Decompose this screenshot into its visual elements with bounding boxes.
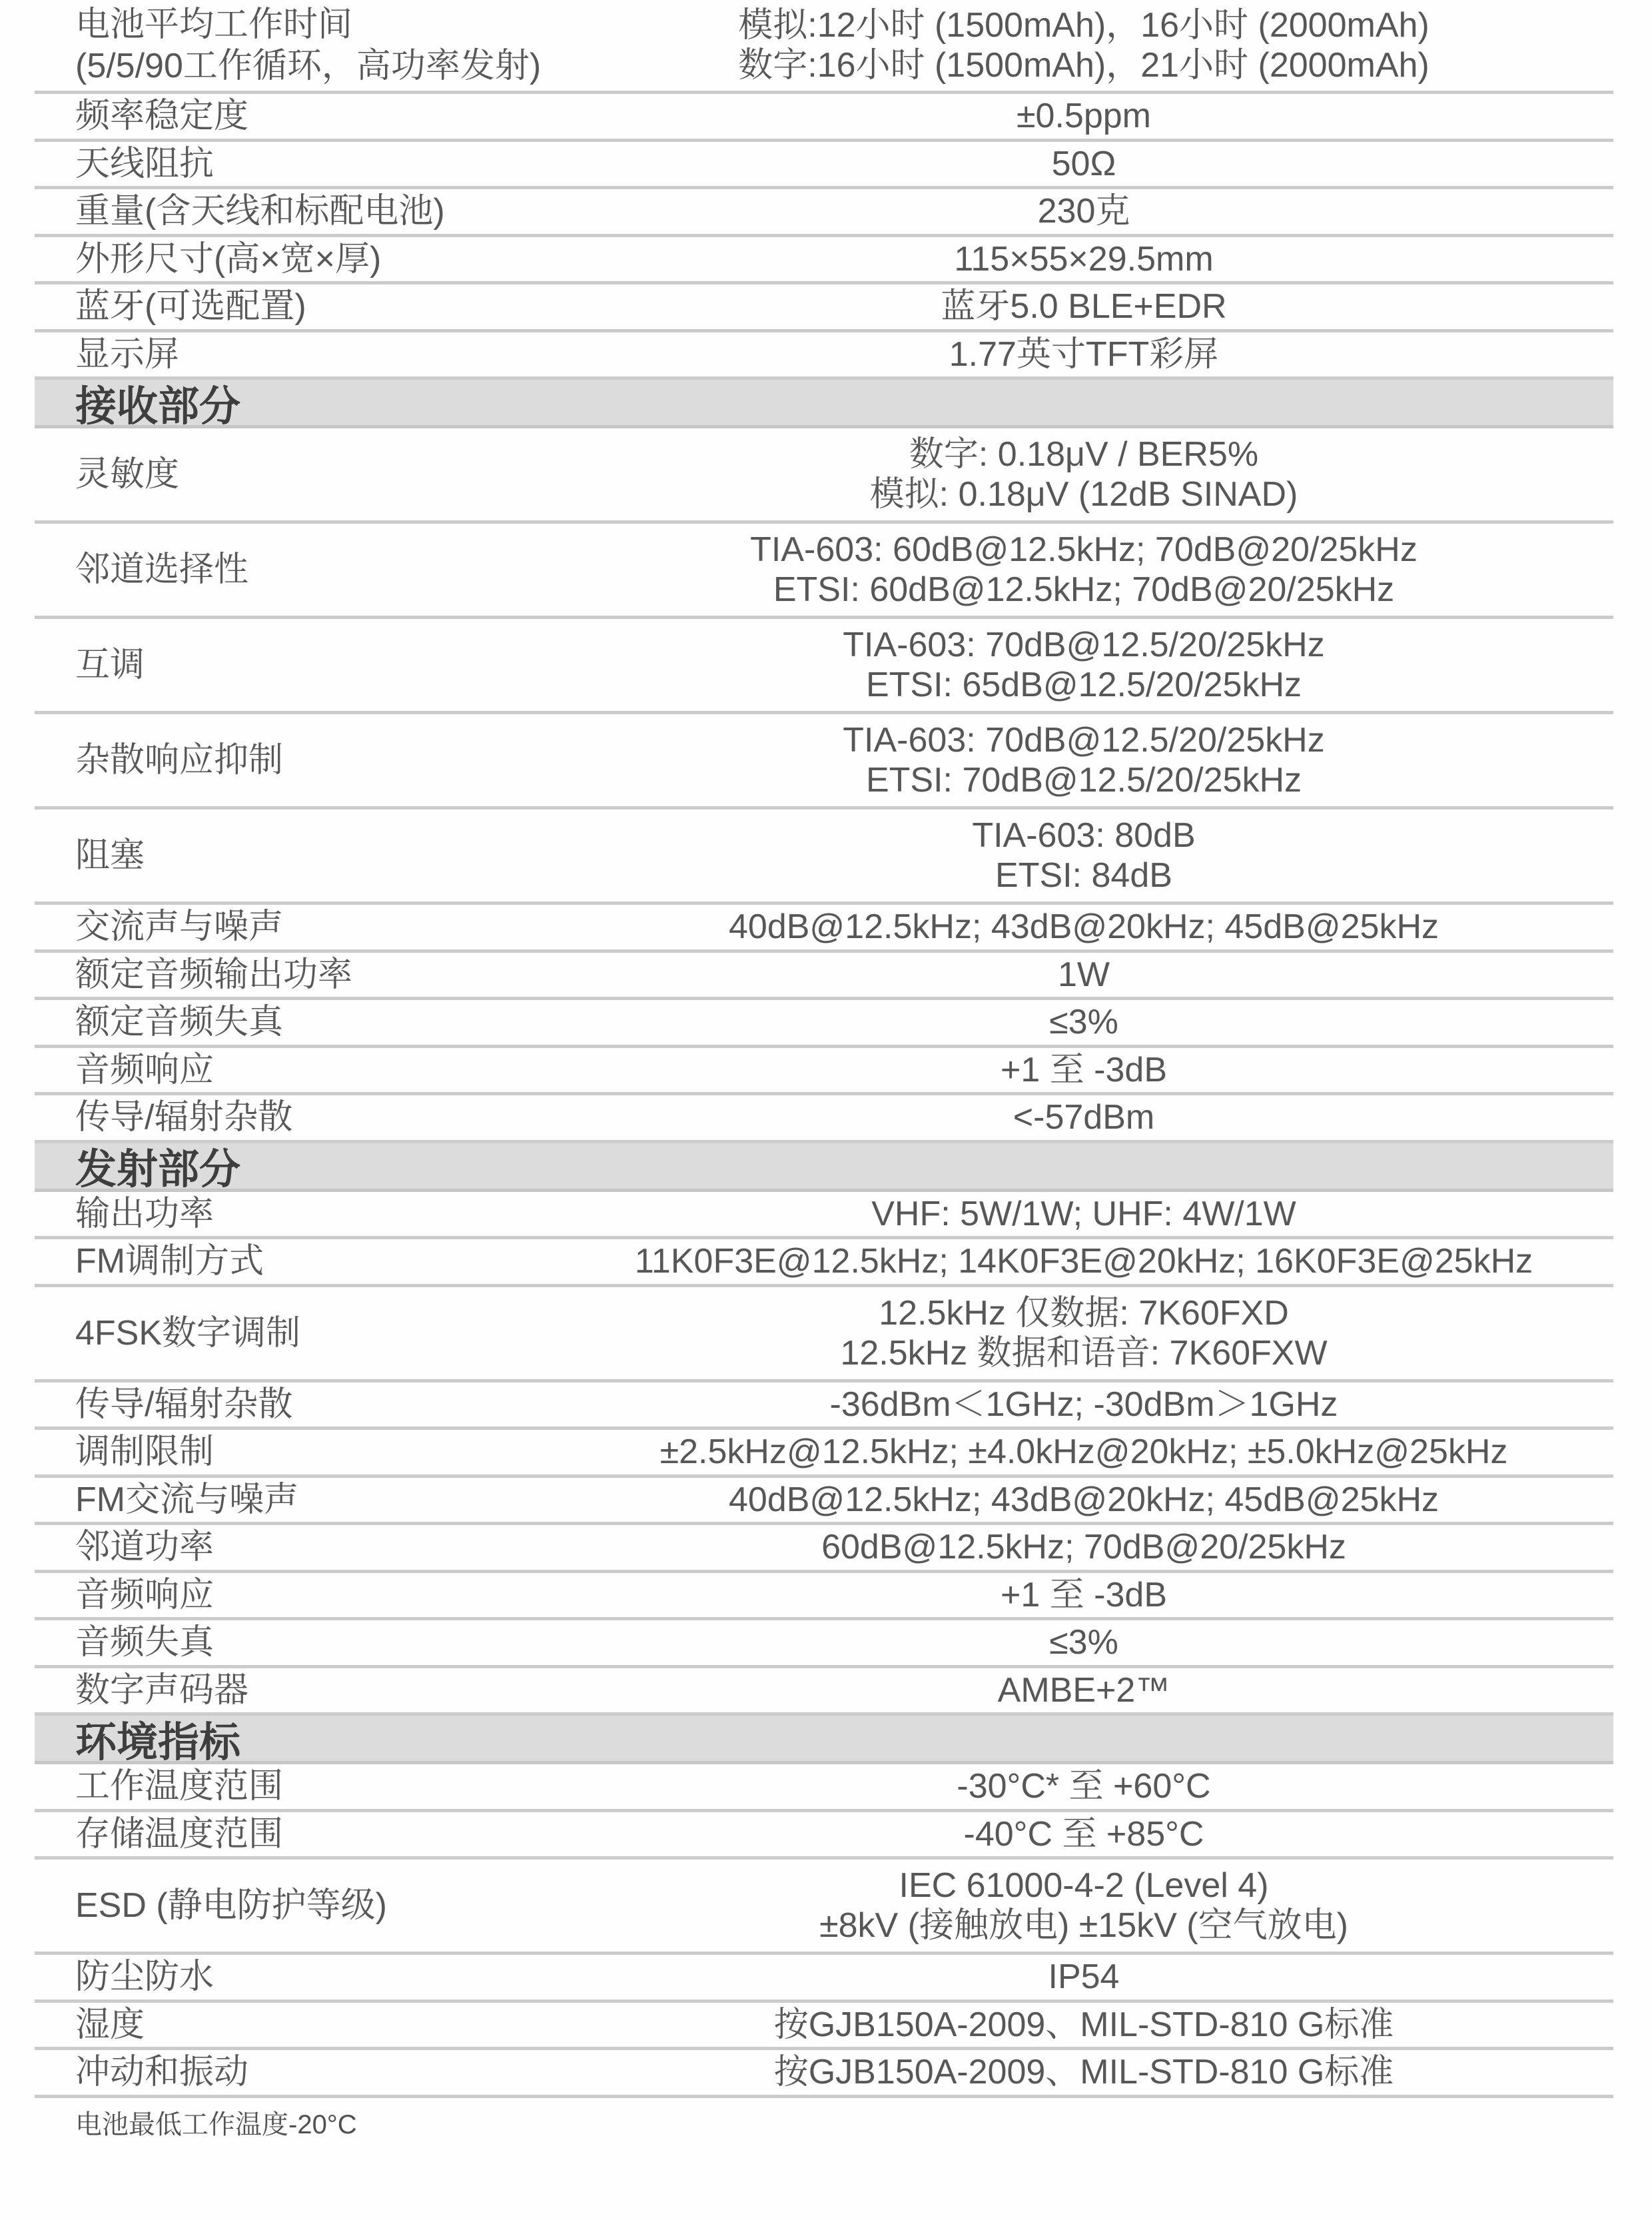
spec-value: IEC 61000-4-2 (Level 4) ±8kV (接触放电) ±15k… [554, 1860, 1613, 1951]
row-frequency-stability: 频率稳定度 ±0.5ppm [35, 94, 1613, 142]
spec-label: 调制限制 [35, 1430, 554, 1474]
spec-value: 数字: 0.18μV / BER5% 模拟: 0.18μV (12dB SINA… [554, 428, 1613, 520]
spec-value-text: 50Ω [1052, 144, 1116, 184]
spec-label-text: 传导/辐射杂散 [75, 1097, 554, 1138]
spec-label: 湿度 [35, 2003, 554, 2047]
spec-value: 蓝牙5.0 BLE+EDR [554, 284, 1613, 329]
row-digital-vocoder: 数字声码器 AMBE+2™ [35, 1668, 1613, 1716]
spec-value-text: 40dB@12.5kHz; 43dB@20kHz; 45dB@25kHz [729, 1480, 1439, 1520]
spec-label: 显示屏 [35, 332, 554, 377]
row-battery-life: 电池平均工作时间 (5/5/90工作循环，高功率发射) 模拟:12小时 (150… [35, 0, 1613, 94]
spec-value: <-57dBm [554, 1095, 1613, 1140]
spec-value: IP54 [554, 1955, 1613, 1999]
spec-label: ESD (静电防护等级) [35, 1860, 554, 1951]
spec-value-line: ETSI: 65dB@12.5/20/25kHz [866, 665, 1302, 705]
row-intermodulation: 互调 TIA-603: 70dB@12.5/20/25kHz ETSI: 65d… [35, 619, 1613, 714]
section-header-environment: 环境指标 [35, 1716, 1613, 1764]
spec-label: 工作温度范围 [35, 1764, 554, 1809]
spec-label: 额定音频输出功率 [35, 953, 554, 997]
spec-label-text: 杂散响应抑制 [75, 740, 554, 781]
spec-value-line: TIA-603: 70dB@12.5/20/25kHz [843, 625, 1324, 665]
spec-value-analog: 模拟:12小时 (1500mAh)，16小时 (2000mAh) [738, 5, 1430, 45]
spec-label: 阻塞 [35, 810, 554, 901]
spec-value-text: VHF: 5W/1W; UHF: 4W/1W [871, 1194, 1296, 1234]
spec-label: 防尘防水 [35, 1955, 554, 1999]
spec-label-text: FM调制方式 [75, 1241, 554, 1282]
spec-value: 按GJB150A-2009、MIL-STD-810 G标准 [554, 2050, 1613, 2095]
row-fm-hum-and-noise: FM交流与噪声 40dB@12.5kHz; 43dB@20kHz; 45dB@2… [35, 1478, 1613, 1526]
spec-label-text: 频率稳定度 [75, 95, 554, 137]
row-output-power: 输出功率 VHF: 5W/1W; UHF: 4W/1W [35, 1192, 1613, 1240]
row-dimensions: 外形尺寸(高×宽×厚) 115×55×29.5mm [35, 237, 1613, 285]
spec-value: 按GJB150A-2009、MIL-STD-810 G标准 [554, 2003, 1613, 2047]
spec-value-text: 115×55×29.5mm [954, 239, 1213, 279]
spec-value-text: <-57dBm [1013, 1097, 1154, 1137]
spec-label-text: 蓝牙(可选配置) [75, 286, 554, 327]
spec-value: ±2.5kHz@12.5kHz; ±4.0kHz@20kHz; ±5.0kHz@… [554, 1430, 1613, 1474]
spec-value: 230克 [554, 189, 1613, 234]
row-storage-temperature: 存储温度范围 -40°C 至 +85°C [35, 1812, 1613, 1860]
spec-label: 冲动和振动 [35, 2050, 554, 2095]
row-audio-response-tx: 音频响应 +1 至 -3dB [35, 1573, 1613, 1621]
row-sensitivity: 灵敏度 数字: 0.18μV / BER5% 模拟: 0.18μV (12dB … [35, 428, 1613, 524]
spec-value: ±0.5ppm [554, 94, 1613, 139]
spec-value: -30°C* 至 +60°C [554, 1764, 1613, 1809]
spec-label: 杂散响应抑制 [35, 714, 554, 806]
spec-label: 天线阻抗 [35, 142, 554, 187]
spec-value: ≤3% [554, 1000, 1613, 1045]
spec-value-text: +1 至 -3dB [1001, 1575, 1167, 1615]
spec-value: +1 至 -3dB [554, 1573, 1613, 1618]
spec-value: 1W [554, 953, 1613, 997]
spec-label-text: 音频响应 [75, 1049, 554, 1091]
spec-label: 频率稳定度 [35, 94, 554, 139]
row-conducted-radiated-spurious-tx: 传导/辐射杂散 -36dBm＜1GHz; -30dBm＞1GHz [35, 1383, 1613, 1430]
spec-label-text: FM交流与噪声 [75, 1479, 554, 1520]
spec-label-text: ESD (静电防护等级) [75, 1885, 554, 1926]
spec-label-text: 交流声与噪声 [75, 906, 554, 947]
spec-label: 额定音频失真 [35, 1000, 554, 1045]
spec-label: 灵敏度 [35, 428, 554, 520]
row-humidity: 湿度 按GJB150A-2009、MIL-STD-810 G标准 [35, 2003, 1613, 2051]
spec-value-text: +1 至 -3dB [1001, 1050, 1167, 1090]
spec-value: 12.5kHz 仅数据: 7K60FXD 12.5kHz 数据和语音: 7K60… [554, 1287, 1613, 1379]
spec-value: 60dB@12.5kHz; 70dB@20/25kHz [554, 1525, 1613, 1570]
spec-value-text: 按GJB150A-2009、MIL-STD-810 G标准 [774, 2005, 1394, 2045]
spec-label-text: 电池平均工作时间 [75, 4, 554, 45]
footnote: 电池最低工作温度-20°C [75, 2108, 357, 2141]
spec-value-line: ETSI: 70dB@12.5/20/25kHz [866, 760, 1302, 800]
spec-label: 邻道功率 [35, 1525, 554, 1570]
spec-value-text: ≤3% [1049, 1002, 1118, 1042]
spec-label-text: 传导/辐射杂散 [75, 1384, 554, 1425]
spec-value-text: ±0.5ppm [1017, 96, 1151, 136]
spec-value: TIA-603: 60dB@12.5kHz; 70dB@20/25kHz ETS… [554, 524, 1613, 616]
spec-value-text: 11K0F3E@12.5kHz; 14K0F3E@20kHz; 16K0F3E@… [635, 1241, 1533, 1281]
spec-value-digital: 数字:16小时 (1500mAh)，21小时 (2000mAh) [738, 45, 1430, 85]
spec-value: VHF: 5W/1W; UHF: 4W/1W [554, 1192, 1613, 1237]
row-modulation-limiting: 调制限制 ±2.5kHz@12.5kHz; ±4.0kHz@20kHz; ±5.… [35, 1430, 1613, 1478]
row-adjacent-channel-power: 邻道功率 60dB@12.5kHz; 70dB@20/25kHz [35, 1525, 1613, 1573]
spec-value: +1 至 -3dB [554, 1048, 1613, 1093]
spec-value: AMBE+2™ [554, 1668, 1613, 1713]
spec-label-text: 数字声码器 [75, 1670, 554, 1711]
row-display: 显示屏 1.77英寸TFT彩屏 [35, 332, 1613, 380]
spec-label: 输出功率 [35, 1192, 554, 1237]
spec-label: 4FSK数字调制 [35, 1287, 554, 1379]
spec-label-text: 音频失真 [75, 1622, 554, 1663]
row-audio-response-rx: 音频响应 +1 至 -3dB [35, 1048, 1613, 1096]
row-audio-distortion-tx: 音频失真 ≤3% [35, 1620, 1613, 1668]
section-header-receiver: 接收部分 [35, 380, 1613, 428]
spec-value: TIA-603: 70dB@12.5/20/25kHz ETSI: 70dB@1… [554, 714, 1613, 806]
spec-label-text: 天线阻抗 [75, 143, 554, 185]
row-hum-and-noise: 交流声与噪声 40dB@12.5kHz; 43dB@20kHz; 45dB@25… [35, 905, 1613, 953]
spec-label-text: 邻道选择性 [75, 549, 554, 590]
spec-label: 邻道选择性 [35, 524, 554, 616]
spec-label-text: 外形尺寸(高×宽×厚) [75, 239, 554, 280]
spec-value: -36dBm＜1GHz; -30dBm＞1GHz [554, 1383, 1613, 1427]
row-operating-temperature: 工作温度范围 -30°C* 至 +60°C [35, 1764, 1613, 1812]
row-rated-audio-output-power: 额定音频输出功率 1W [35, 953, 1613, 1001]
spec-value-text: -40°C 至 +85°C [964, 1814, 1204, 1854]
spec-label: 音频响应 [35, 1573, 554, 1618]
spec-value: 115×55×29.5mm [554, 237, 1613, 282]
spec-label-text: 额定音频输出功率 [75, 954, 554, 995]
spec-label-text: 音频响应 [75, 1574, 554, 1616]
row-weight: 重量(含天线和标配电池) 230克 [35, 189, 1613, 237]
spec-label-text: 额定音频失真 [75, 1001, 554, 1043]
spec-label: 音频失真 [35, 1620, 554, 1665]
spec-value: 40dB@12.5kHz; 43dB@20kHz; 45dB@25kHz [554, 905, 1613, 949]
spec-value-line: 12.5kHz 数据和语音: 7K60FXW [840, 1333, 1327, 1373]
row-4fsk-digital-modulation: 4FSK数字调制 12.5kHz 仅数据: 7K60FXD 12.5kHz 数据… [35, 1287, 1613, 1383]
spec-label-text: 存储温度范围 [75, 1814, 554, 1855]
row-spurious-response-rejection: 杂散响应抑制 TIA-603: 70dB@12.5/20/25kHz ETSI:… [35, 714, 1613, 810]
spec-label-text: 阻塞 [75, 835, 554, 876]
spec-value-line: 12.5kHz 仅数据: 7K60FXD [879, 1293, 1289, 1333]
spec-value: 1.77英寸TFT彩屏 [554, 332, 1613, 377]
spec-value-text: -30°C* 至 +60°C [957, 1766, 1210, 1806]
spec-value-line: TIA-603: 80dB [972, 816, 1195, 855]
spec-value-text: AMBE+2™ [998, 1670, 1170, 1710]
spec-label: 音频响应 [35, 1048, 554, 1093]
spec-label-note: (5/5/90工作循环，高功率发射) [75, 45, 554, 87]
spec-value-line: ETSI: 84dB [995, 855, 1172, 895]
spec-value-text: 60dB@12.5kHz; 70dB@20/25kHz [821, 1527, 1346, 1567]
spec-value: TIA-603: 70dB@12.5/20/25kHz ETSI: 65dB@1… [554, 619, 1613, 711]
spec-label: 交流声与噪声 [35, 905, 554, 949]
spec-value-line: ±8kV (接触放电) ±15kV (空气放电) [819, 1906, 1348, 1945]
spec-label: FM交流与噪声 [35, 1478, 554, 1522]
row-dust-water-protection: 防尘防水 IP54 [35, 1955, 1613, 2003]
row-bluetooth: 蓝牙(可选配置) 蓝牙5.0 BLE+EDR [35, 284, 1613, 332]
spec-label-text: 输出功率 [75, 1193, 554, 1235]
spec-label: FM调制方式 [35, 1239, 554, 1284]
spec-label: 重量(含天线和标配电池) [35, 189, 554, 234]
spec-value-line: TIA-603: 70dB@12.5/20/25kHz [843, 720, 1324, 760]
row-conducted-radiated-spurious-rx: 传导/辐射杂散 <-57dBm [35, 1095, 1613, 1143]
spec-value: ≤3% [554, 1620, 1613, 1665]
spec-value-text: 按GJB150A-2009、MIL-STD-810 G标准 [774, 2052, 1394, 2092]
spec-label-text: 防尘防水 [75, 1956, 554, 1997]
row-rated-audio-distortion: 额定音频失真 ≤3% [35, 1000, 1613, 1048]
row-esd: ESD (静电防护等级) IEC 61000-4-2 (Level 4) ±8k… [35, 1860, 1613, 1955]
spec-value-line: 数字: 0.18μV / BER5% [909, 434, 1258, 474]
spec-label-text: 邻道功率 [75, 1526, 554, 1568]
spec-label-text: 调制限制 [75, 1431, 554, 1472]
spec-value: TIA-603: 80dB ETSI: 84dB [554, 810, 1613, 901]
spec-label-text: 显示屏 [75, 334, 554, 375]
spec-label: 蓝牙(可选配置) [35, 284, 554, 329]
spec-value-line: TIA-603: 60dB@12.5kHz; 70dB@20/25kHz [750, 530, 1418, 570]
section-title: 环境指标 [75, 1709, 240, 1768]
section-header-transmitter: 发射部分 [35, 1143, 1613, 1192]
row-fm-modulation: FM调制方式 11K0F3E@12.5kHz; 14K0F3E@20kHz; 1… [35, 1239, 1613, 1287]
spec-value-text: 1W [1058, 955, 1110, 995]
spec-value-line: IEC 61000-4-2 (Level 4) [899, 1866, 1269, 1906]
row-blocking: 阻塞 TIA-603: 80dB ETSI: 84dB [35, 810, 1613, 905]
spec-label-text: 互调 [75, 644, 554, 686]
spec-label: 传导/辐射杂散 [35, 1095, 554, 1140]
spec-label: 存储温度范围 [35, 1812, 554, 1857]
section-title: 接收部分 [75, 373, 240, 432]
spec-value-text: ≤3% [1049, 1622, 1118, 1662]
section-title: 发射部分 [75, 1136, 240, 1195]
row-adjacent-channel-selectivity: 邻道选择性 TIA-603: 60dB@12.5kHz; 70dB@20/25k… [35, 524, 1613, 619]
spec-value-text: 40dB@12.5kHz; 43dB@20kHz; 45dB@25kHz [729, 907, 1439, 947]
row-antenna-impedance: 天线阻抗 50Ω [35, 142, 1613, 190]
spec-value-text: 1.77英寸TFT彩屏 [949, 334, 1219, 374]
spec-value-text: -36dBm＜1GHz; -30dBm＞1GHz [830, 1385, 1338, 1424]
spec-value-line: 模拟: 0.18μV (12dB SINAD) [870, 474, 1298, 514]
spec-value-text: 蓝牙5.0 BLE+EDR [941, 286, 1226, 326]
spec-value: -40°C 至 +85°C [554, 1812, 1613, 1857]
spec-label-text: 灵敏度 [75, 454, 554, 495]
spec-value-text: IP54 [1048, 1957, 1120, 1997]
spec-label-text: 工作温度范围 [75, 1766, 554, 1807]
spec-value-line: ETSI: 60dB@12.5kHz; 70dB@20/25kHz [773, 570, 1394, 610]
spec-label-text: 湿度 [75, 2004, 554, 2045]
spec-label-text: 冲动和振动 [75, 2051, 554, 2093]
row-shock-vibration: 冲动和振动 按GJB150A-2009、MIL-STD-810 G标准 [35, 2050, 1613, 2098]
spec-label: 传导/辐射杂散 [35, 1383, 554, 1427]
spec-label: 互调 [35, 619, 554, 711]
spec-value: 40dB@12.5kHz; 43dB@20kHz; 45dB@25kHz [554, 1478, 1613, 1522]
spec-value-text: 230克 [1038, 191, 1130, 231]
spec-label: 数字声码器 [35, 1668, 554, 1713]
spec-value: 11K0F3E@12.5kHz; 14K0F3E@20kHz; 16K0F3E@… [554, 1239, 1613, 1284]
spec-value: 50Ω [554, 142, 1613, 187]
spec-label-text: 4FSK数字调制 [75, 1313, 554, 1354]
spec-label: 电池平均工作时间 (5/5/90工作循环，高功率发射) [35, 0, 554, 91]
spec-label: 外形尺寸(高×宽×厚) [35, 237, 554, 282]
spec-value: 模拟:12小时 (1500mAh)，16小时 (2000mAh) 数字:16小时… [554, 0, 1613, 91]
spec-table: 电池平均工作时间 (5/5/90工作循环，高功率发射) 模拟:12小时 (150… [35, 0, 1613, 2098]
spec-label-text: 重量(含天线和标配电池) [75, 191, 554, 232]
spec-value-text: ±2.5kHz@12.5kHz; ±4.0kHz@20kHz; ±5.0kHz@… [660, 1432, 1508, 1472]
